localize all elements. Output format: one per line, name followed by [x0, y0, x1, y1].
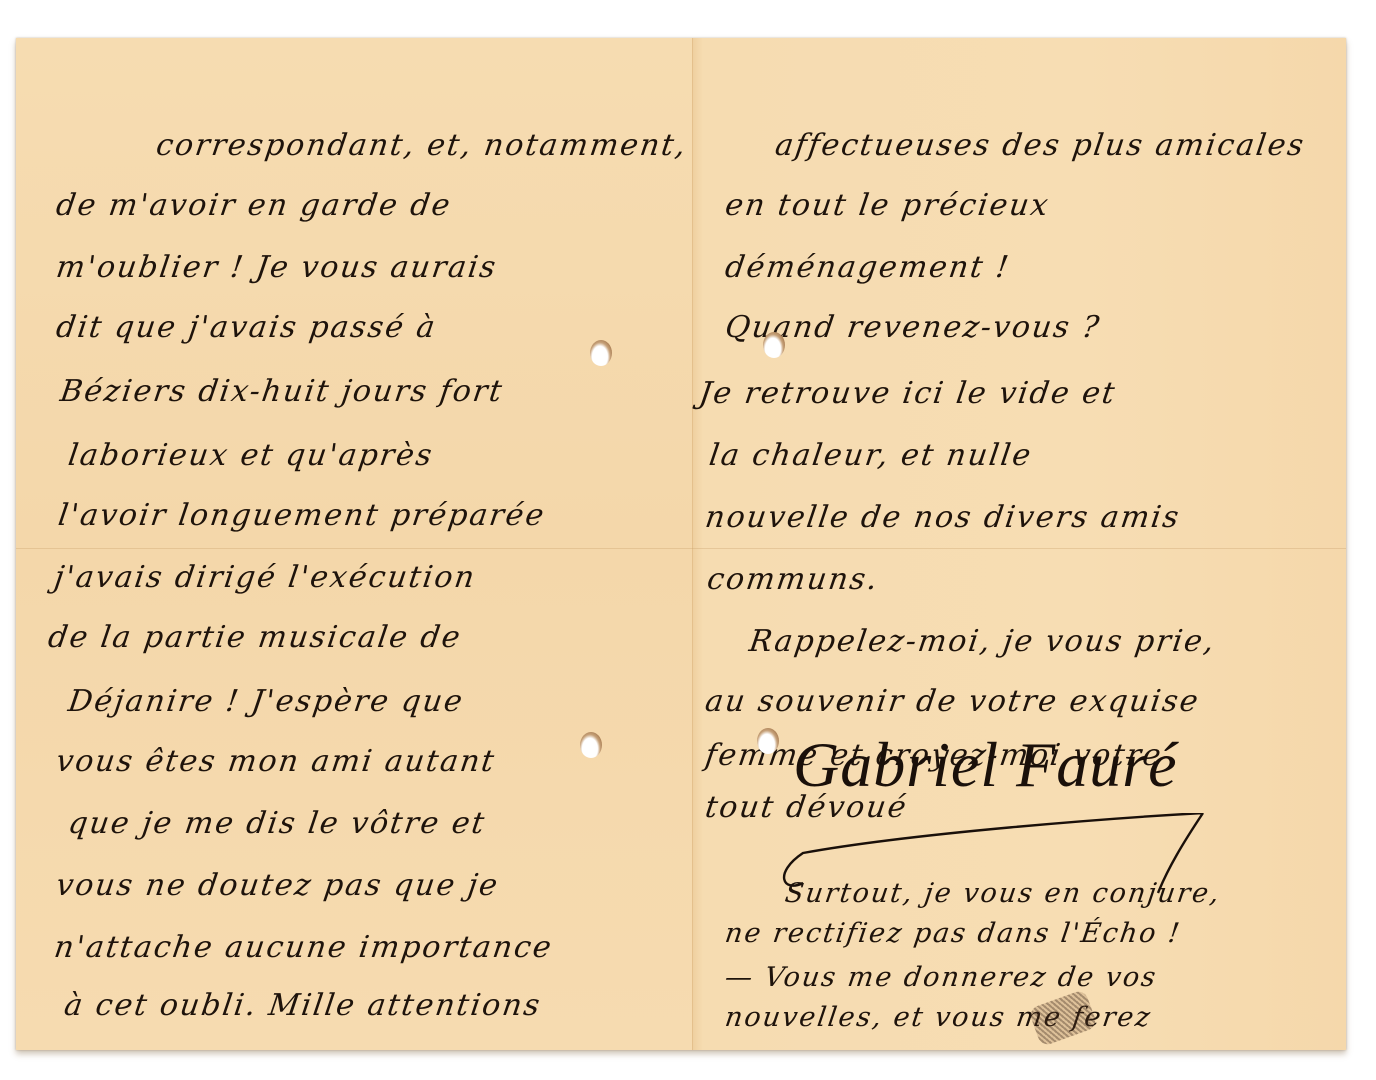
letter-line: communs. — [705, 562, 881, 597]
postscript-line: — Vous me donnerez de vos — [723, 962, 1159, 993]
letter-line: vous êtes mon ami autant — [54, 744, 498, 779]
letter-line: à cet oubli. Mille attentions — [62, 988, 544, 1023]
letter-line: correspondant, et, notamment, — [154, 128, 690, 163]
letter-sheet: correspondant, et, notamment, de m'avoir… — [16, 38, 1346, 1050]
letter-line: dit que j'avais passé à — [54, 310, 439, 345]
punch-hole — [590, 340, 612, 366]
letter-line: Je retrouve ici le vide et — [697, 376, 1119, 411]
letter-line: Déjanire ! J'espère que — [66, 684, 466, 719]
punch-hole — [580, 732, 602, 758]
left-page: correspondant, et, notamment, de m'avoir… — [16, 38, 693, 1050]
ink-smudge — [1028, 989, 1098, 1047]
letter-line: déménagement ! — [723, 250, 1012, 285]
letter-line: que je me dis le vôtre et — [66, 806, 488, 841]
punch-hole — [757, 728, 779, 754]
letter-line: nouvelle de nos divers amis — [703, 500, 1183, 535]
letter-line: affectueuses des plus amicales — [773, 128, 1307, 163]
postscript-line: Surtout, je vous en conjure, — [783, 878, 1223, 909]
letter-line: de la partie musicale de — [46, 620, 464, 655]
letter-line: de m'avoir en garde de — [54, 188, 454, 223]
right-page: affectueuses des plus amicales en tout l… — [693, 38, 1346, 1050]
letter-line: j'avais dirigé l'exécution — [52, 560, 478, 595]
signature: Gabriel Fauré — [793, 728, 1178, 802]
letter-line: vous ne doutez pas que je — [54, 868, 501, 903]
horizontal-fold — [16, 548, 1346, 549]
letter-line: m'oublier ! Je vous aurais — [54, 250, 500, 285]
letter-line: l'avoir longuement préparée — [56, 498, 548, 533]
letter-line: Rappelez-moi, je vous prie, — [747, 624, 1218, 659]
letter-line: au souvenir de votre exquise — [703, 684, 1202, 719]
letter-line: Béziers dix-huit jours fort — [58, 374, 506, 409]
postscript-line: ne rectifiez pas dans l'Écho ! — [723, 918, 1183, 949]
letter-line: en tout le précieux — [723, 188, 1052, 223]
letter-line: la chaleur, et nulle — [707, 438, 1035, 473]
letter-line: laborieux et qu'après — [66, 438, 436, 473]
punch-hole — [763, 332, 785, 358]
letter-line: n'attache aucune importance — [52, 930, 555, 965]
